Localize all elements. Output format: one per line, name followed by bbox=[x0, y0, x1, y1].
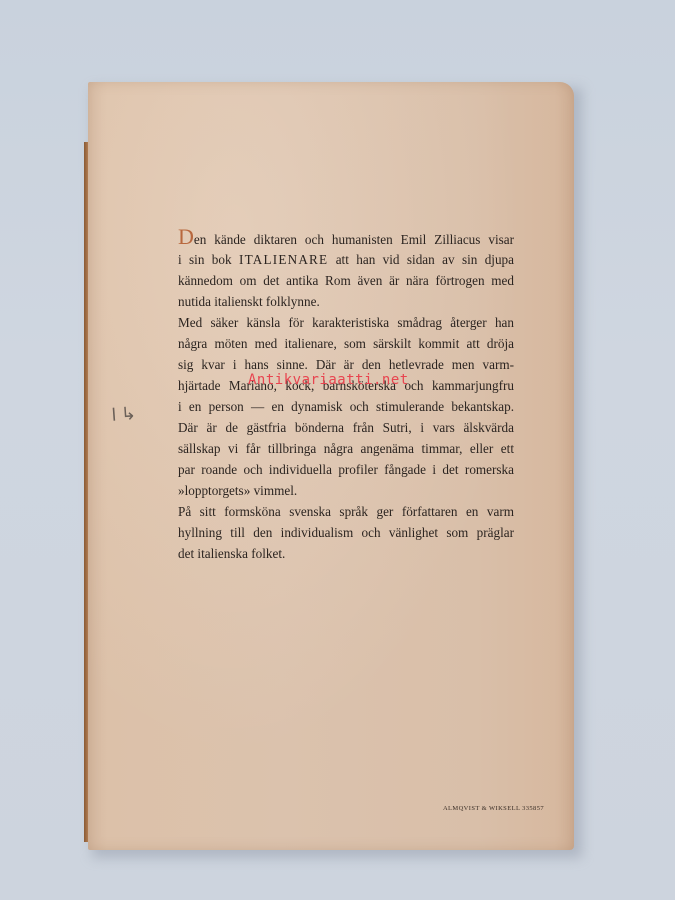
dropcap: D bbox=[178, 224, 194, 249]
blurb-line: Med säker känsla för karakteristiska små… bbox=[178, 312, 514, 333]
blurb-line: Där är de gästfria bönderna från Sutri, … bbox=[178, 417, 514, 438]
blurb-line: »lopptorgets» vimmel. bbox=[178, 480, 514, 501]
watermark: Antikvariaatti.net bbox=[248, 372, 409, 388]
blurb-line: kännedom om det antika Rom även är nära … bbox=[178, 270, 514, 291]
blurb-line: det italienska folket. bbox=[178, 543, 514, 564]
blurb-line: hyllning till den individualism och vänl… bbox=[178, 522, 514, 543]
blurb-line: Den kände diktaren och humanisten Emil Z… bbox=[178, 228, 514, 249]
blurb-line: par roande och individuella profiler fån… bbox=[178, 459, 514, 480]
pencil-mark: l ↳ bbox=[111, 403, 136, 426]
blurb-line: sällskap vi får tillbringa några angenäm… bbox=[178, 438, 514, 459]
blurb-line: På sitt formsköna svenska språk ger förf… bbox=[178, 501, 514, 522]
publisher-imprint: ALMQVIST & WIKSELL 335857 bbox=[443, 805, 544, 812]
blurb-text: Den kände diktaren och humanisten Emil Z… bbox=[178, 228, 514, 564]
spine-edge bbox=[84, 142, 88, 842]
blurb-line: nutida italienskt folklynne. bbox=[178, 291, 514, 312]
book-title: ITALIENARE bbox=[239, 252, 328, 267]
blurb-line: i sin bok ITALIENARE att han vid sidan a… bbox=[178, 249, 514, 270]
book-back-cover: l ↳ Den kände diktaren och humanisten Em… bbox=[88, 82, 574, 850]
blurb-line: några möten med italienare, som särskilt… bbox=[178, 333, 514, 354]
blurb-line: i en person — en dynamisk och stimuleran… bbox=[178, 396, 514, 417]
